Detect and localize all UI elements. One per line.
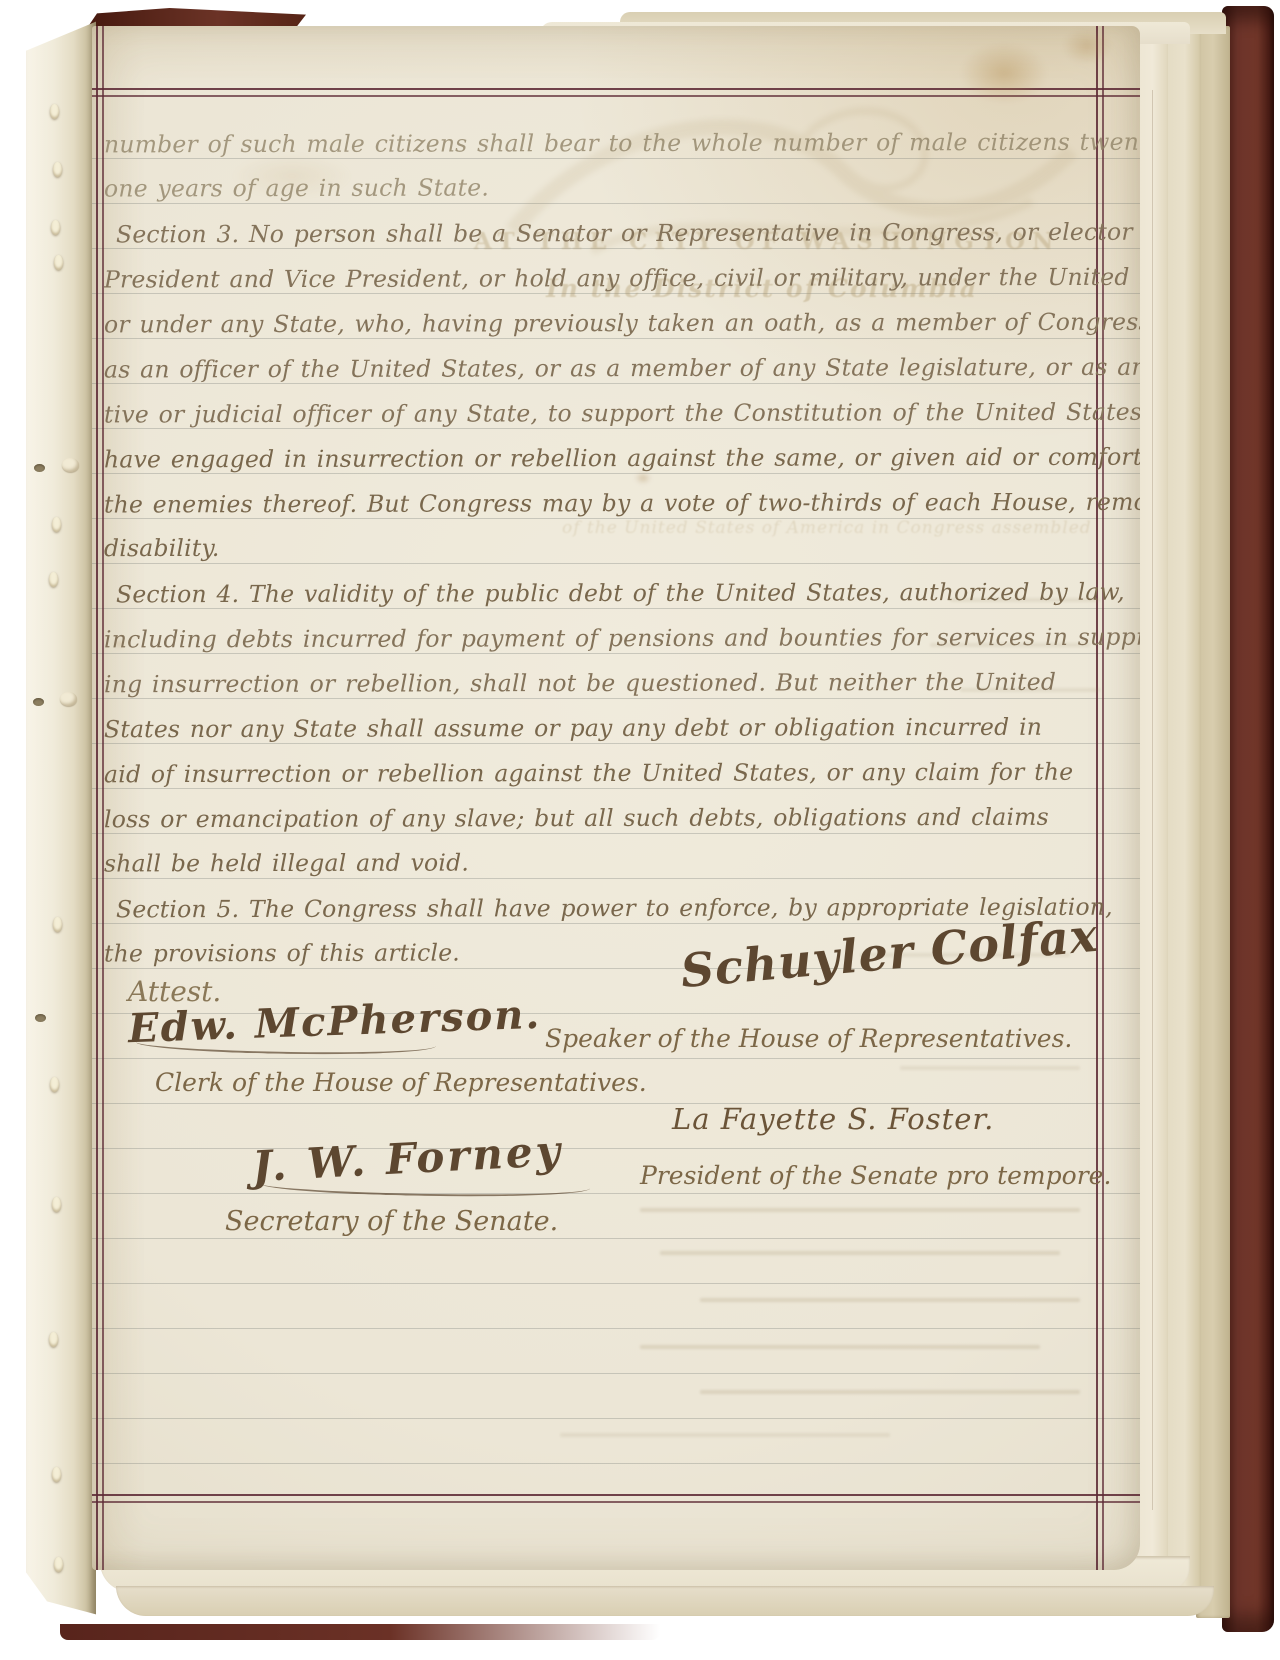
punch-hole — [35, 1014, 46, 1022]
page-edge-crease — [1152, 90, 1153, 1510]
title-president-senate-pro-tempore: President of the Senate pro tempore. — [640, 1161, 1111, 1190]
binding-stitch — [52, 1467, 61, 1482]
manuscript-line: including debts incurred for payment of … — [104, 623, 1140, 654]
left-margin-rule — [96, 26, 98, 1570]
bound-manuscript-scan: AT THE CITY OF WASHINGTON In the Distric… — [0, 0, 1280, 1660]
manuscript-line: have engaged in insurrection or rebellio… — [104, 443, 1140, 474]
book-cover-bottom-edge — [60, 1624, 660, 1640]
left-margin-rule — [102, 26, 104, 1570]
bleedthrough-stroke — [700, 1298, 1080, 1302]
binding-stitch — [54, 255, 63, 270]
binding-stitch — [52, 1197, 61, 1212]
binding-stitch — [52, 517, 61, 532]
manuscript-line: loss or emancipation of any slave; but a… — [104, 803, 1049, 833]
manuscript-line: tive or judicial officer of any State, t… — [104, 398, 1140, 429]
page-edge-stack-right — [1196, 26, 1230, 1618]
binding-stitch — [50, 1077, 59, 1092]
binding-stitch — [50, 104, 59, 119]
binding-stitch — [54, 1557, 63, 1572]
bleedthrough-stroke — [640, 1208, 1080, 1212]
manuscript-line: shall be held illegal and void. — [104, 849, 469, 878]
manuscript-line: disability. — [104, 534, 220, 562]
manuscript-line: the enemies thereof. But Congress may by… — [104, 488, 1140, 519]
binding-stitch — [49, 1332, 58, 1347]
bottom-margin-rule — [92, 1501, 1140, 1503]
signature-la-fayette-foster: La Fayette S. Foster. — [672, 1102, 994, 1136]
manuscript-line: ing insurrection or rebellion, shall not… — [104, 668, 1056, 698]
bleedthrough-resolve-line: of the United States of America in Congr… — [562, 518, 1122, 538]
bleedthrough-stroke — [660, 1251, 1060, 1255]
bleedthrough-stroke — [700, 1390, 1080, 1394]
manuscript-line: States nor any State shall assume or pay… — [104, 713, 1042, 743]
punch-hole-bump — [60, 692, 77, 706]
bottom-margin-rule — [92, 1494, 1140, 1496]
binding-gutter-flap — [26, 12, 96, 1624]
manuscript-line-section-4: Section 4. The validity of the public de… — [116, 578, 1125, 609]
title-clerk-of-house: Clerk of the House of Representatives. — [155, 1068, 647, 1097]
punch-hole-bump — [62, 458, 79, 472]
binding-stitch — [51, 220, 60, 235]
bleedthrough-stroke — [560, 1433, 890, 1437]
page-edge-stack-bottom — [116, 1586, 1214, 1616]
bleedthrough-stroke — [640, 1345, 1040, 1349]
foxing-spot — [632, 470, 654, 486]
manuscript-line: the provisions of this article. — [104, 939, 460, 968]
foxing-stain — [1052, 26, 1122, 72]
binding-stitch — [53, 162, 62, 177]
manuscript-line: as an officer of the United States, or a… — [104, 353, 1140, 384]
manuscript-line: aid of insurrection or rebellion against… — [104, 758, 1073, 789]
manuscript-line: President and Vice President, or hold an… — [104, 263, 1140, 294]
title-speaker-of-house: Speaker of the House of Representatives. — [545, 1024, 1072, 1053]
binding-stitch — [49, 572, 58, 587]
manuscript-line: number of such male citizens shall bear … — [104, 128, 1140, 159]
title-secretary-of-senate: Secretary of the Senate. — [225, 1206, 558, 1237]
manuscript-page: AT THE CITY OF WASHINGTON In the Distric… — [92, 26, 1140, 1570]
bleedthrough-stroke — [900, 1066, 1080, 1070]
manuscript-line: or under any State, who, having previous… — [104, 308, 1140, 339]
punch-hole — [34, 464, 45, 472]
manuscript-line-section-3: Section 3. No person shall be a Senator … — [116, 218, 1140, 249]
binding-stitch — [53, 917, 62, 932]
punch-hole — [33, 698, 44, 706]
manuscript-line: one years of age in such State. — [104, 173, 489, 202]
